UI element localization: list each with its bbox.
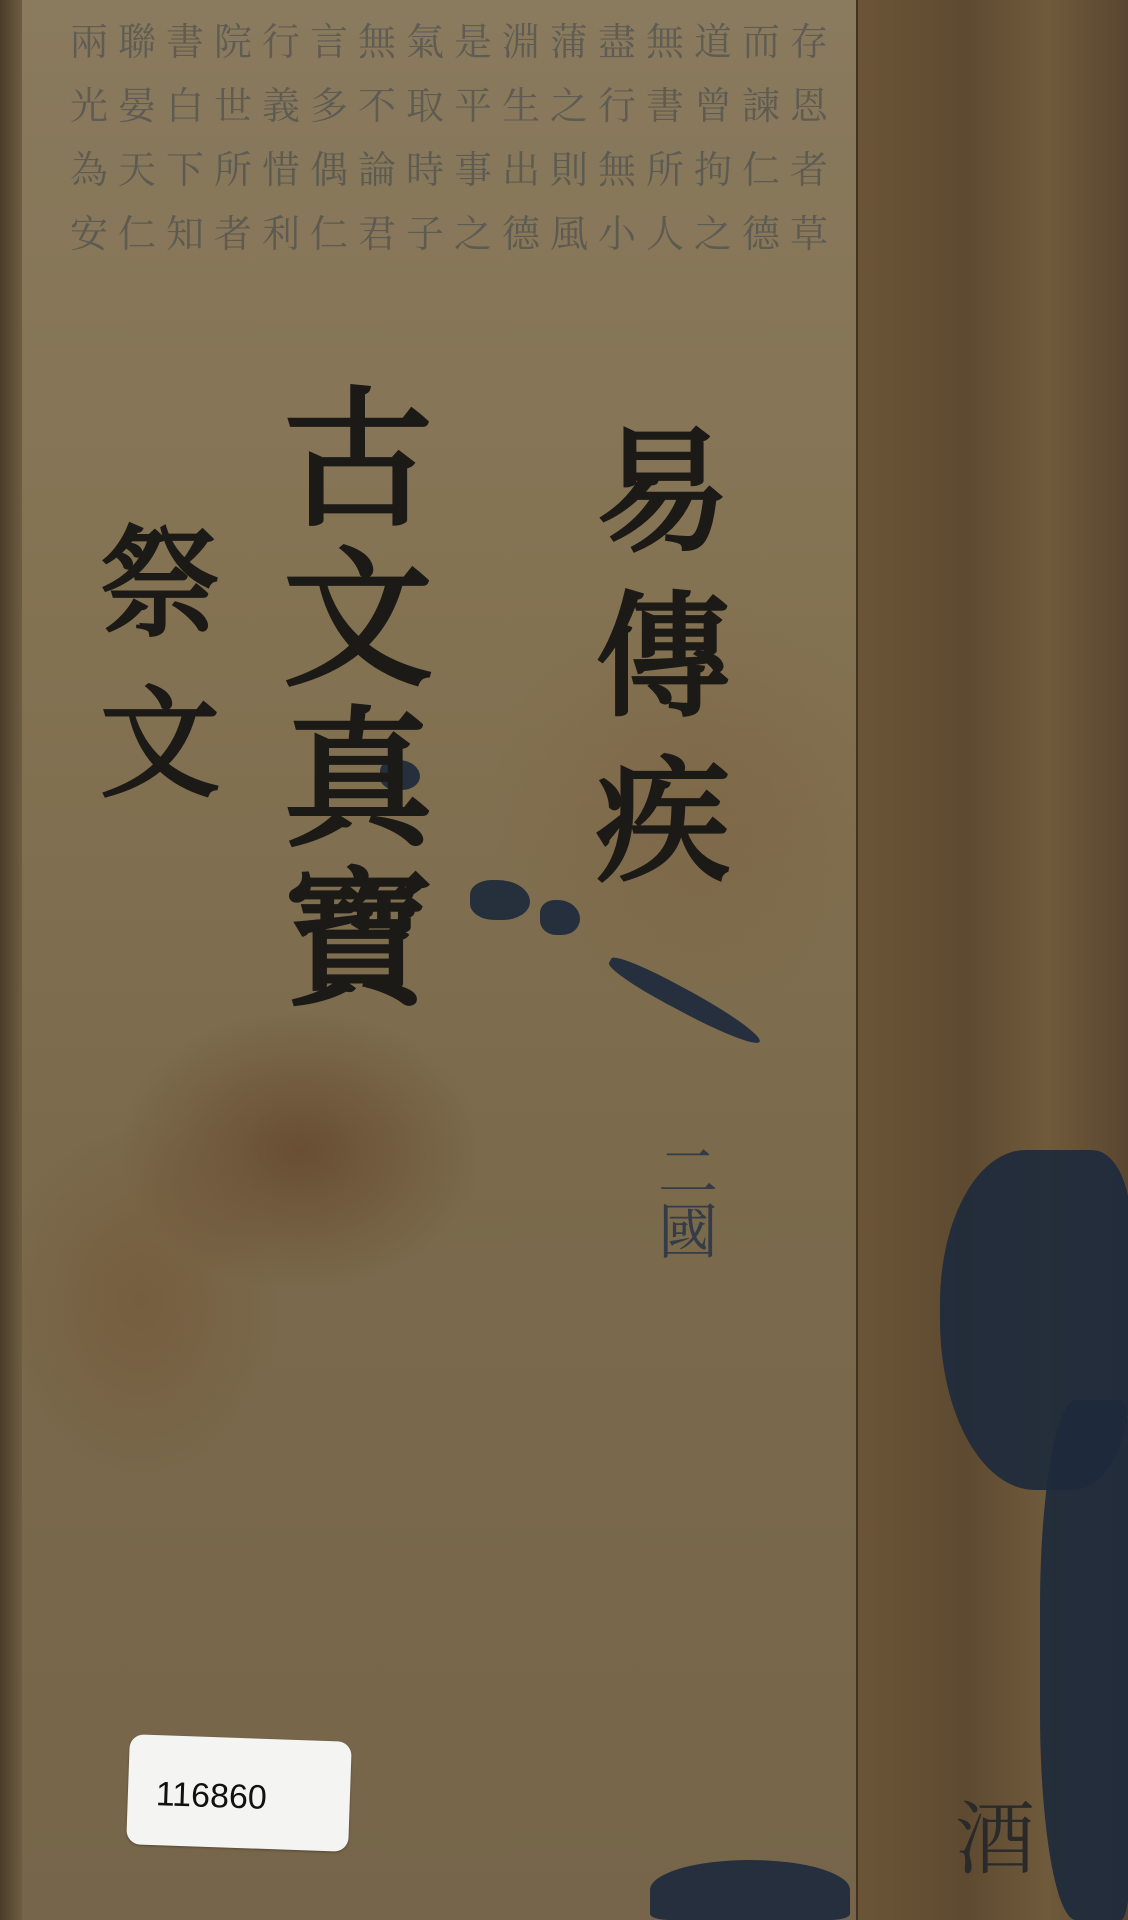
ink-stain-right-edge <box>1040 1400 1128 1920</box>
catalog-label: 116860 <box>126 1734 352 1852</box>
title-yizhuan: 易傳疾 <box>585 420 720 915</box>
ink-splatter <box>470 880 530 920</box>
background-practice-writing: 兩聯書院行言無氣是淵蒲盡無道而存光晏白世義多不取平生之行書曾諫恩為天下所惜偶論時… <box>70 10 870 1810</box>
corner-character: 酒 <box>955 1775 1035 1890</box>
binding-edge <box>0 0 22 1920</box>
manuscript-cover: 兩聯書院行言無氣是淵蒲盡無道而存光晏白世義多不取平生之行書曾諫恩為天下所惜偶論時… <box>0 0 1128 1920</box>
title-guwen-zhenbao: 古文真寶 <box>270 380 420 1020</box>
catalog-number: 116860 <box>155 1775 267 1818</box>
margin-marks: 二國 <box>640 1140 726 1260</box>
ink-stain-bottom <box>650 1860 850 1920</box>
title-jiwen: 祭文 <box>90 520 210 840</box>
